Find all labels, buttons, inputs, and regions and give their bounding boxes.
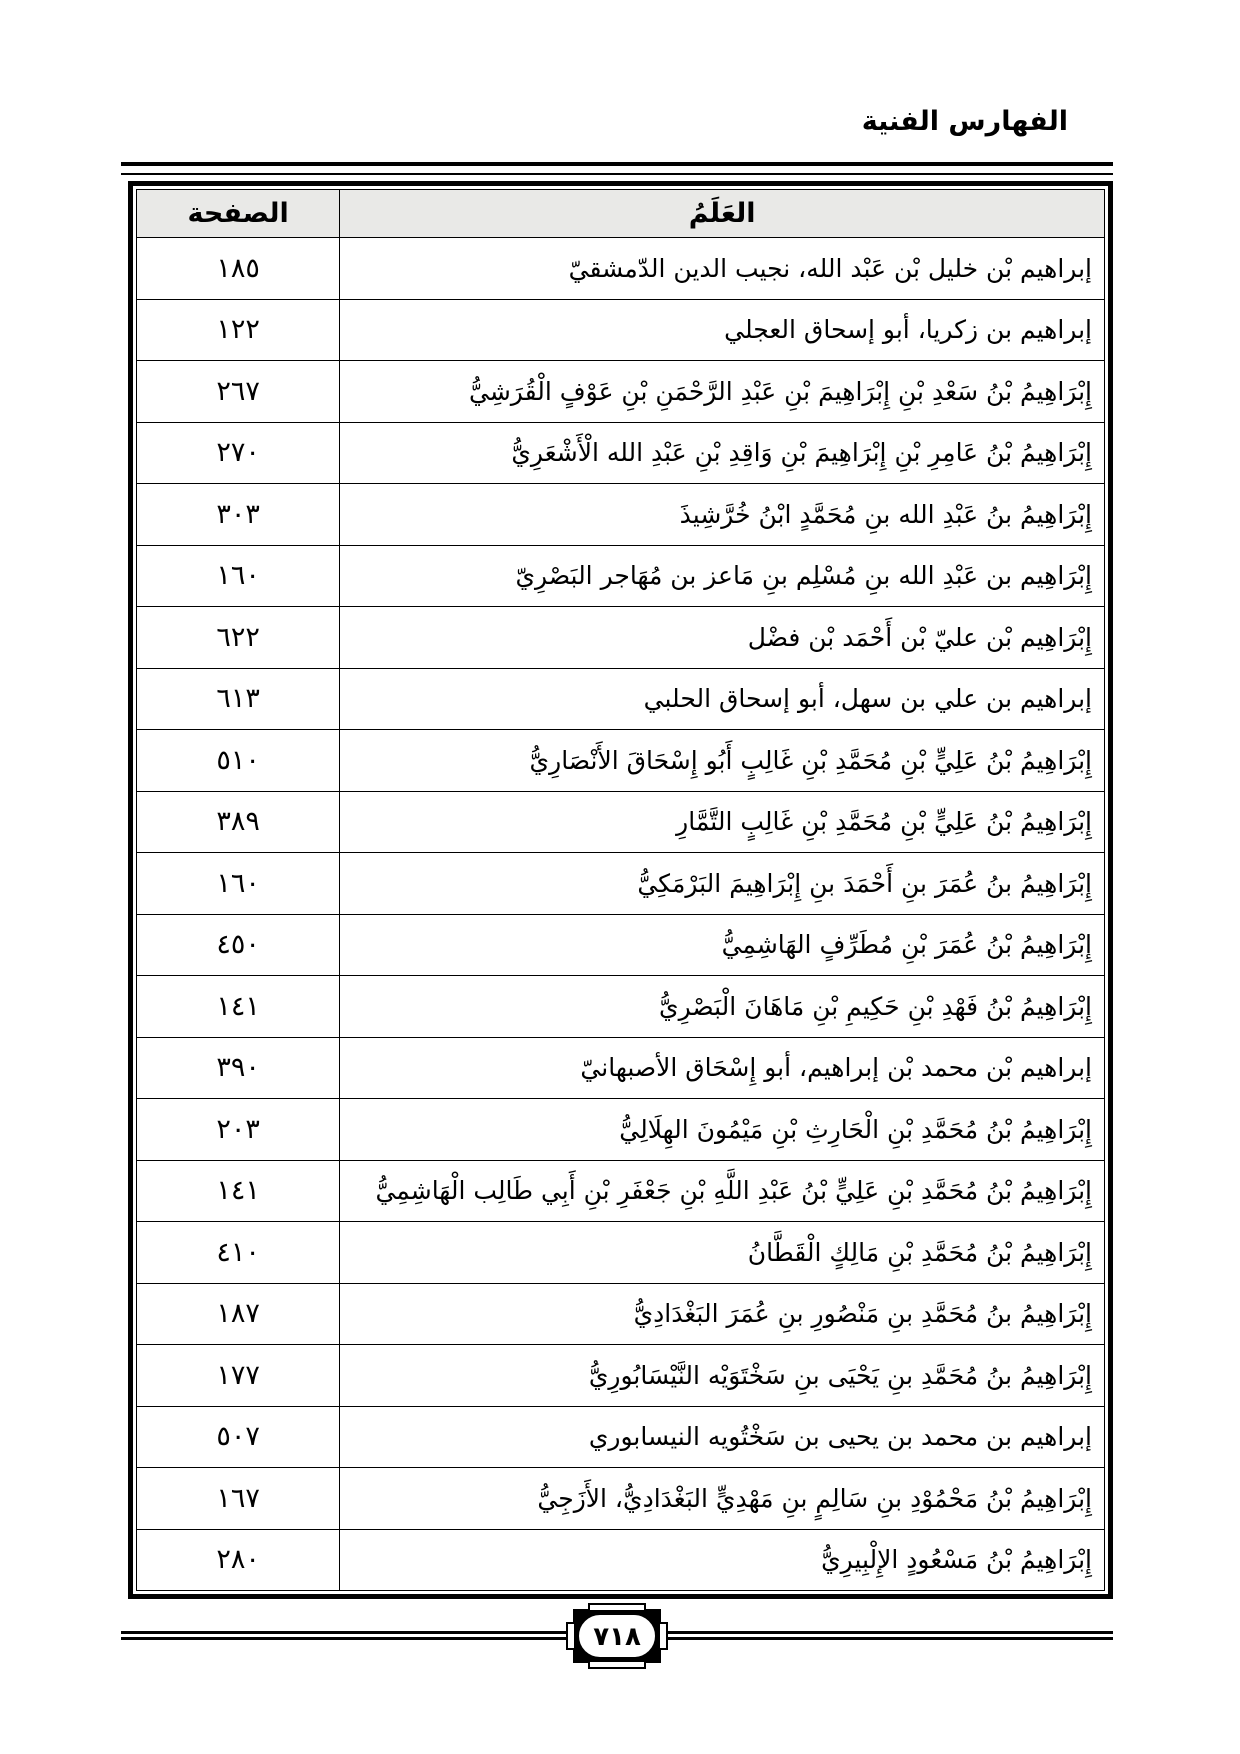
- entry-name-cell: إِبْرَاهِيمُ بْنُ مُحَمَّدِ بْنِ الْحَار…: [340, 1099, 1105, 1161]
- entry-name-cell: إبراهيم بن زكريا، أبو إسحاق العجلي: [340, 299, 1105, 361]
- entry-page-cell: ٥١٠: [137, 730, 340, 792]
- entry-page-cell: ٢٨٠: [137, 1529, 340, 1591]
- entry-page-cell: ١٨٥: [137, 238, 340, 300]
- entry-page-cell: ٤١٠: [137, 1222, 340, 1284]
- index-row: إبراهيم بن زكريا، أبو إسحاق العجلي ١٢٢: [137, 299, 1105, 361]
- index-row: إِبْرَاهِيمُ بْنُ مَحْمُوْدِ بنِ سَالِمٍ…: [137, 1468, 1105, 1530]
- index-row: إبراهيم بْن خليل بْن عَبْد الله، نجيب ال…: [137, 238, 1105, 300]
- badge-tab-left: [566, 1622, 576, 1650]
- column-header-name: العَلَمُ: [340, 190, 1105, 238]
- entry-name-cell: إِبْرَاهِيمُ بْنُ مُحَمَّدِ بْنِ عَلِيٍّ…: [340, 1160, 1105, 1222]
- entry-page-cell: ٤٥٠: [137, 914, 340, 976]
- entry-name-cell: إبراهيم بن محمد بن يحيى بن سَخْتُويه الن…: [340, 1406, 1105, 1468]
- badge-tab-top: [588, 1603, 646, 1612]
- entry-name-cell: إبراهيم بن علي بن سهل، أبو إسحاق الحلبي: [340, 668, 1105, 730]
- entry-page-cell: ٢٦٧: [137, 361, 340, 423]
- entry-page-cell: ٣٩٠: [137, 1037, 340, 1099]
- index-row: إِبْرَاهِيمُ بنُ عَبْدِ الله بنِ مُحَمَّ…: [137, 484, 1105, 546]
- index-row: إِبْرَاهِيمُ بْنُ مَسْعُودٍ الإِلْبِيرِي…: [137, 1529, 1105, 1591]
- entry-name-cell: إِبْرَاهِيم بْن عليّ بْن أَحْمَد بْن فضْ…: [340, 607, 1105, 669]
- index-row: إِبْرَاهِيمُ بْنُ عَلِيٍّ بْنِ مُحَمَّدِ…: [137, 791, 1105, 853]
- entry-name-cell: إِبْرَاهِيمُ بْنُ عُمَرَ بْنِ مُطَرِّفٍ …: [340, 914, 1105, 976]
- entry-page-cell: ٥٠٧: [137, 1406, 340, 1468]
- badge-tab-right: [658, 1622, 668, 1650]
- entry-name-cell: إِبْرَاهِيمُ بْنُ فَهْدِ بْنِ حَكِيمِ بْ…: [340, 976, 1105, 1038]
- entry-page-cell: ٢٧٠: [137, 422, 340, 484]
- entry-name-cell: إِبْرَاهِيم بن عَبْدِ الله بنِ مُسْلِم ب…: [340, 545, 1105, 607]
- header-divider-rule: [121, 162, 1113, 175]
- entry-page-cell: ١٤١: [137, 1160, 340, 1222]
- entry-page-cell: ١٦٠: [137, 545, 340, 607]
- entry-page-cell: ٦١٣: [137, 668, 340, 730]
- running-head-title: الفهارس الفنية: [862, 106, 1068, 137]
- entry-name-cell: إِبْرَاهِيمُ بْنُ مَسْعُودٍ الإِلْبِيرِي…: [340, 1529, 1105, 1591]
- index-table-body: إبراهيم بْن خليل بْن عَبْد الله، نجيب ال…: [137, 238, 1105, 1591]
- index-row: إبراهيم بن محمد بن يحيى بن سَخْتُويه الن…: [137, 1406, 1105, 1468]
- index-row: إِبْرَاهِيم بْن عليّ بْن أَحْمَد بْن فضْ…: [137, 607, 1105, 669]
- index-row: إِبْرَاهِيمُ بنُ مُحَمَّدِ بنِ مَنْصُورِ…: [137, 1283, 1105, 1345]
- index-row: إبراهيم بن علي بن سهل، أبو إسحاق الحلبي …: [137, 668, 1105, 730]
- page-number-label: ٧١٨: [577, 1613, 657, 1659]
- badge-tab-bottom: [588, 1660, 646, 1669]
- entry-name-cell: إِبْرَاهِيمُ بْنُ مُحَمَّدِ بْنِ مَالِكٍ…: [340, 1222, 1105, 1284]
- index-table-head: العَلَمُ الصفحة: [137, 190, 1105, 238]
- entry-page-cell: ١٢٢: [137, 299, 340, 361]
- entry-name-cell: إبراهيم بْن محمد بْن إبراهيم، أبو إِسْحَ…: [340, 1037, 1105, 1099]
- index-row: إِبْرَاهِيمُ بْنُ مُحَمَّدِ بْنِ عَلِيٍّ…: [137, 1160, 1105, 1222]
- index-row: إبراهيم بْن محمد بْن إبراهيم، أبو إِسْحَ…: [137, 1037, 1105, 1099]
- index-row: إِبْرَاهِيم بن عَبْدِ الله بنِ مُسْلِم ب…: [137, 545, 1105, 607]
- entry-page-cell: ٢٠٣: [137, 1099, 340, 1161]
- entry-page-cell: ١٤١: [137, 976, 340, 1038]
- page-number-badge: ٧١٨: [566, 1603, 668, 1669]
- entry-name-cell: إبراهيم بْن خليل بْن عَبْد الله، نجيب ال…: [340, 238, 1105, 300]
- index-row: إِبْرَاهِيمُ بْنُ عَلِيٍّ بْنِ مُحَمَّدِ…: [137, 730, 1105, 792]
- page-footer: ٧١٨: [121, 1600, 1113, 1672]
- index-row: إِبْرَاهِيمُ بْنُ عُمَرَ بْنِ مُطَرِّفٍ …: [137, 914, 1105, 976]
- index-row: إِبْرَاهِيمُ بْنُ فَهْدِ بْنِ حَكِيمِ بْ…: [137, 976, 1105, 1038]
- index-table: العَلَمُ الصفحة إبراهيم بْن خليل بْن عَب…: [136, 189, 1105, 1591]
- entry-name-cell: إِبْرَاهِيمُ بْنُ سَعْدِ بْنِ إِبْرَاهِي…: [340, 361, 1105, 423]
- entry-page-cell: ١٨٧: [137, 1283, 340, 1345]
- entry-name-cell: إِبْرَاهِيمُ بنُ مُحَمَّدِ بنِ مَنْصُورِ…: [340, 1283, 1105, 1345]
- index-header-row: العَلَمُ الصفحة: [137, 190, 1105, 238]
- index-row: إِبْرَاهِيمُ بْنُ عَامِرِ بْنِ إِبْرَاهِ…: [137, 422, 1105, 484]
- index-row: إِبْرَاهِيمُ بنُ عُمَرَ بنِ أَحْمَدَ بنِ…: [137, 853, 1105, 915]
- entry-name-cell: إِبْرَاهِيمُ بْنُ عَامِرِ بْنِ إِبْرَاهِ…: [340, 422, 1105, 484]
- index-row: إِبْرَاهِيمُ بْنُ سَعْدِ بْنِ إِبْرَاهِي…: [137, 361, 1105, 423]
- index-row: إِبْرَاهِيمُ بنُ مُحَمَّدِ بنِ يَحْيَى ب…: [137, 1345, 1105, 1407]
- document-page: الفهارس الفنية العَلَمُ الصفحة إبراهيم ب…: [0, 0, 1240, 1754]
- entry-page-cell: ٣٨٩: [137, 791, 340, 853]
- entry-page-cell: ١٦٠: [137, 853, 340, 915]
- entry-name-cell: إِبْرَاهِيمُ بْنُ مَحْمُوْدِ بنِ سَالِمٍ…: [340, 1468, 1105, 1530]
- entry-name-cell: إِبْرَاهِيمُ بْنُ عَلِيٍّ بْنِ مُحَمَّدِ…: [340, 791, 1105, 853]
- index-table-frame: العَلَمُ الصفحة إبراهيم بْن خليل بْن عَب…: [128, 181, 1113, 1599]
- entry-name-cell: إِبْرَاهِيمُ بنُ مُحَمَّدِ بنِ يَحْيَى ب…: [340, 1345, 1105, 1407]
- entry-page-cell: ٦٢٢: [137, 607, 340, 669]
- entry-name-cell: إِبْرَاهِيمُ بنُ عُمَرَ بنِ أَحْمَدَ بنِ…: [340, 853, 1105, 915]
- entry-page-cell: ١٧٧: [137, 1345, 340, 1407]
- entry-page-cell: ٣٠٣: [137, 484, 340, 546]
- index-row: إِبْرَاهِيمُ بْنُ مُحَمَّدِ بْنِ مَالِكٍ…: [137, 1222, 1105, 1284]
- entry-page-cell: ١٦٧: [137, 1468, 340, 1530]
- entry-name-cell: إِبْرَاهِيمُ بْنُ عَلِيٍّ بْنِ مُحَمَّدِ…: [340, 730, 1105, 792]
- index-row: إِبْرَاهِيمُ بْنُ مُحَمَّدِ بْنِ الْحَار…: [137, 1099, 1105, 1161]
- entry-name-cell: إِبْرَاهِيمُ بنُ عَبْدِ الله بنِ مُحَمَّ…: [340, 484, 1105, 546]
- column-header-page: الصفحة: [137, 190, 340, 238]
